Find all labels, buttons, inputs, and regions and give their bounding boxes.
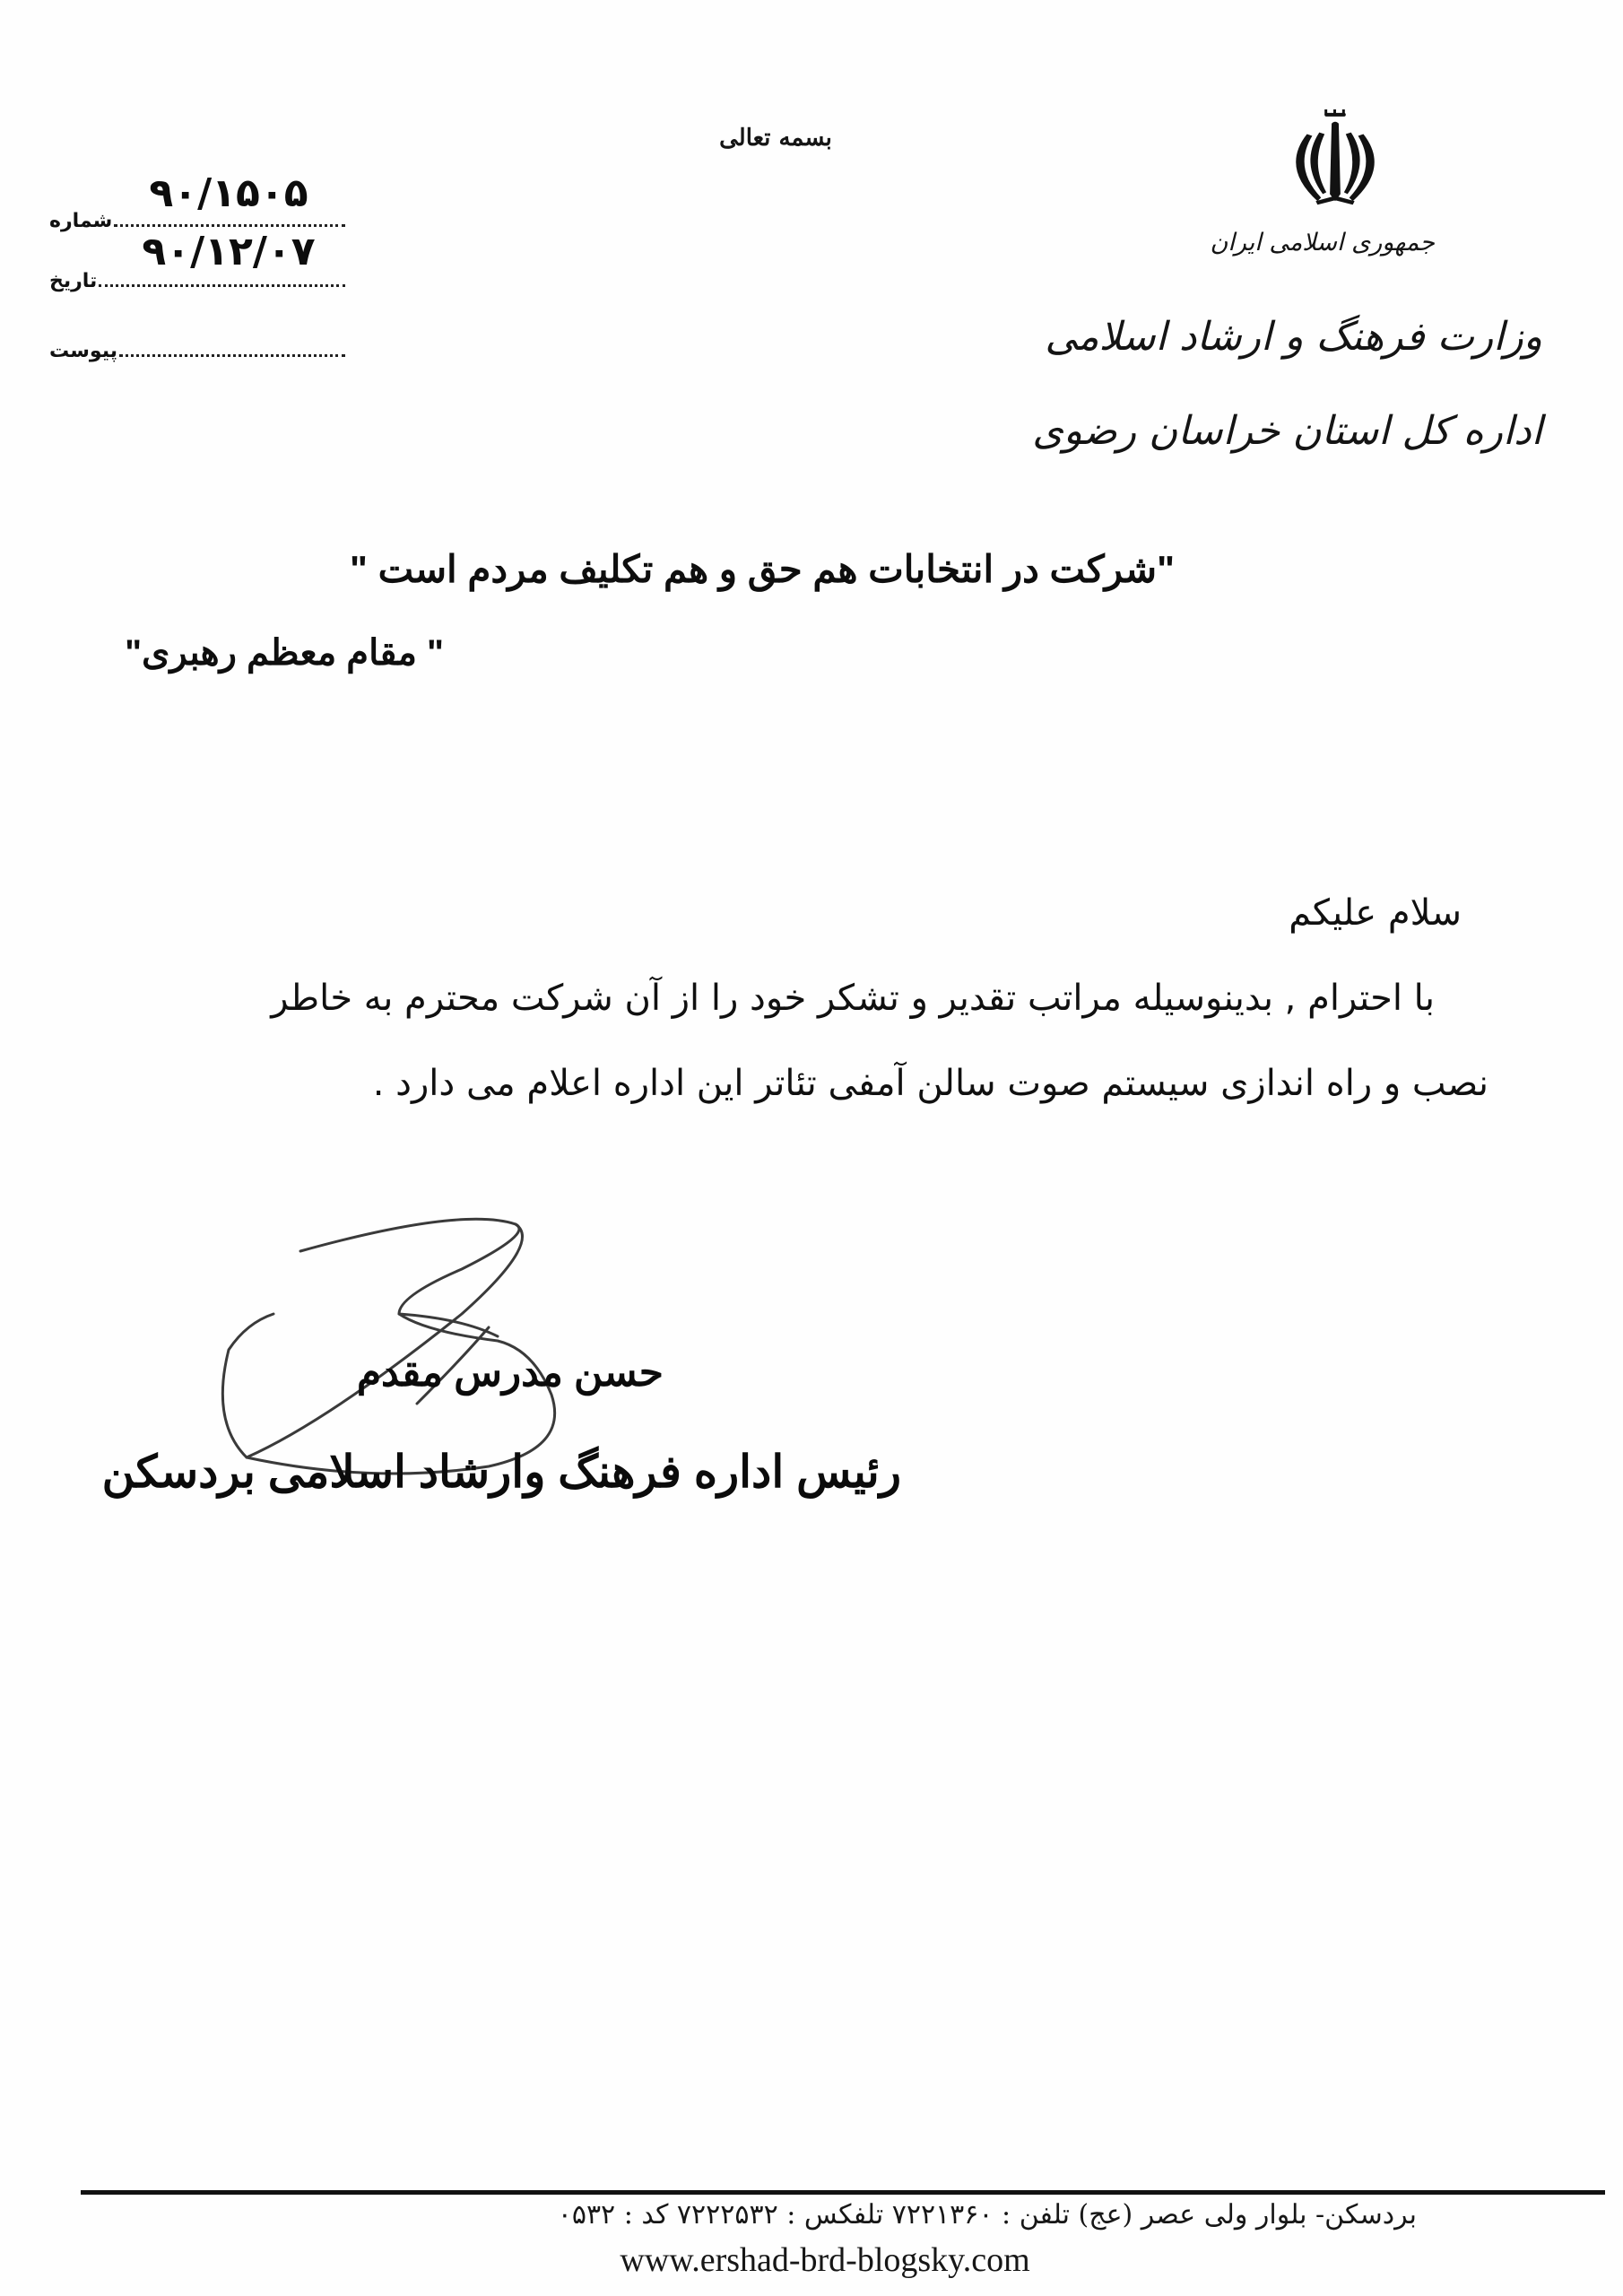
slogan-attribution: " مقام معظم رهبری" (85, 632, 444, 674)
greeting: سلام علیکم (1166, 892, 1462, 934)
letter-page: جمهوری اسلامی ایران وزارت فرهنگ و ارشاد … (0, 0, 1623, 2296)
iran-emblem-icon (1282, 109, 1388, 215)
body-paragraph-line: نصب و راه اندازی سیستم صوت سالن آمفی تئا… (179, 1063, 1488, 1104)
dotted-line (114, 224, 345, 227)
letter-number-label: شماره (49, 210, 112, 232)
dotted-line (99, 284, 345, 287)
letter-attachment-field: پیوست (49, 332, 345, 362)
letter-date-label: تاریخ (49, 270, 97, 292)
letter-number-field: شماره (49, 202, 345, 232)
election-slogan: "شرکت در انتخابات هم حق و هم تکلیف مردم … (332, 547, 1175, 591)
signer-name: حسن مدرس مقدم (323, 1350, 664, 1396)
footer-address: بردسکن- بلوار ولی عصر (عج) تلفن : ۷۲۲۱۳۶… (251, 2199, 1417, 2231)
letterhead-office: اداره کل استان خراسان رضوی (1157, 408, 1542, 454)
body-paragraph-line: با احترام , بدینوسیله مراتب تقدیر و تشکر… (22, 978, 1435, 1019)
invocation-heading: بسمه تعالی (708, 126, 843, 151)
letterhead-republic: جمهوری اسلامی ایران (1246, 229, 1435, 257)
letter-attachment-label: پیوست (49, 340, 117, 362)
letter-date-field: تاریخ (49, 262, 345, 292)
footer-divider (81, 2190, 1605, 2195)
signer-title: رئیس اداره فرهنگ وارشاد اسلامی بردسکن (112, 1446, 901, 1498)
dotted-line (119, 354, 345, 357)
footer-website-link[interactable]: www.ershad-brd-blogsky.com (538, 2240, 1112, 2280)
letterhead-ministry: وزارت فرهنگ و ارشاد اسلامی (1130, 314, 1542, 360)
